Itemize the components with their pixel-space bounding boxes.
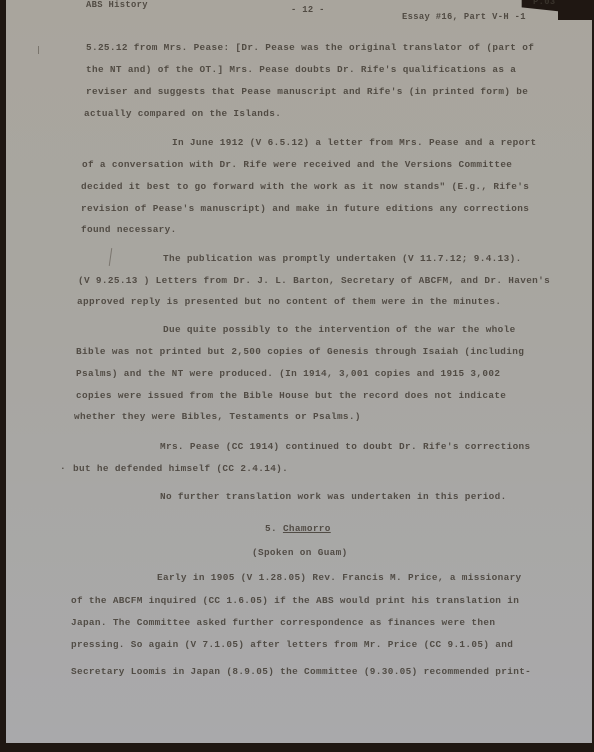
page-number: - 12 -	[291, 5, 325, 15]
page-shadow	[558, 0, 594, 20]
paragraph-line: but he defended himself (CC 2.4.14).	[73, 463, 288, 474]
paragraph-line: actually compared on the Islands.	[84, 108, 281, 119]
paragraph-line: pressing. So again (V 7.1.05) after lett…	[71, 639, 513, 650]
paragraph-line: Secretary Loomis in Japan (8.9.05) the C…	[71, 666, 531, 677]
margin-mark	[38, 46, 39, 54]
paragraph-line: decided it best to go forward with the w…	[81, 181, 529, 192]
paragraph-line: the NT and) of the OT.] Mrs. Pease doubt…	[86, 64, 516, 75]
paragraph-line: Mrs. Pease (CC 1914) continued to doubt …	[160, 441, 531, 452]
paragraph-line: found necessary.	[81, 224, 177, 235]
paragraph-line: The publication was promptly undertaken …	[163, 253, 522, 264]
paragraph-line: Early in 1905 (V 1.28.05) Rev. Francis M…	[157, 572, 522, 583]
paragraph-line: reviser and suggests that Pease manuscri…	[86, 86, 528, 97]
paragraph-line: In June 1912 (V 6.5.12) a letter from Mr…	[172, 137, 537, 148]
paragraph-line: Psalms) and the NT were produced. (In 19…	[76, 368, 500, 379]
section-number: 5.	[265, 523, 277, 534]
paragraph-line: Bible was not printed but 2,500 copies o…	[76, 346, 524, 357]
paragraph-line: Japan. The Committee asked further corre…	[71, 617, 495, 628]
paragraph-line: approved reply is presented but no conte…	[77, 296, 501, 307]
section-heading: 5. Chamorro	[265, 523, 331, 534]
header-right: Essay #16, Part V-H -1	[402, 12, 526, 22]
bullet-dot: ·	[60, 463, 66, 474]
section-title: Chamorro	[283, 523, 331, 534]
paragraph-line: Due quite possibly to the intervention o…	[163, 324, 516, 335]
paragraph-line: 5.25.12 from Mrs. Pease: [Dr. Pease was …	[86, 42, 534, 53]
paragraph-line: of the ABCFM inquired (CC 1.6.05) if the…	[71, 595, 519, 606]
paragraph-line: (V 9.25.13 ) Letters from Dr. J. L. Bart…	[78, 275, 550, 286]
paragraph-line: copies were issued from the Bible House …	[76, 390, 506, 401]
paragraph-line: revision of Pease's manuscript) and make…	[81, 203, 529, 214]
paragraph-line: of a conversation with Dr. Rife were rec…	[82, 159, 512, 170]
header-left: ABS History	[86, 0, 148, 10]
header-fax-page: P.03	[533, 0, 556, 7]
paragraph-line: No further translation work was undertak…	[160, 491, 507, 502]
paragraph-line: whether they were Bibles, Testaments or …	[74, 411, 361, 422]
section-subtitle: (Spoken on Guam)	[252, 547, 348, 558]
